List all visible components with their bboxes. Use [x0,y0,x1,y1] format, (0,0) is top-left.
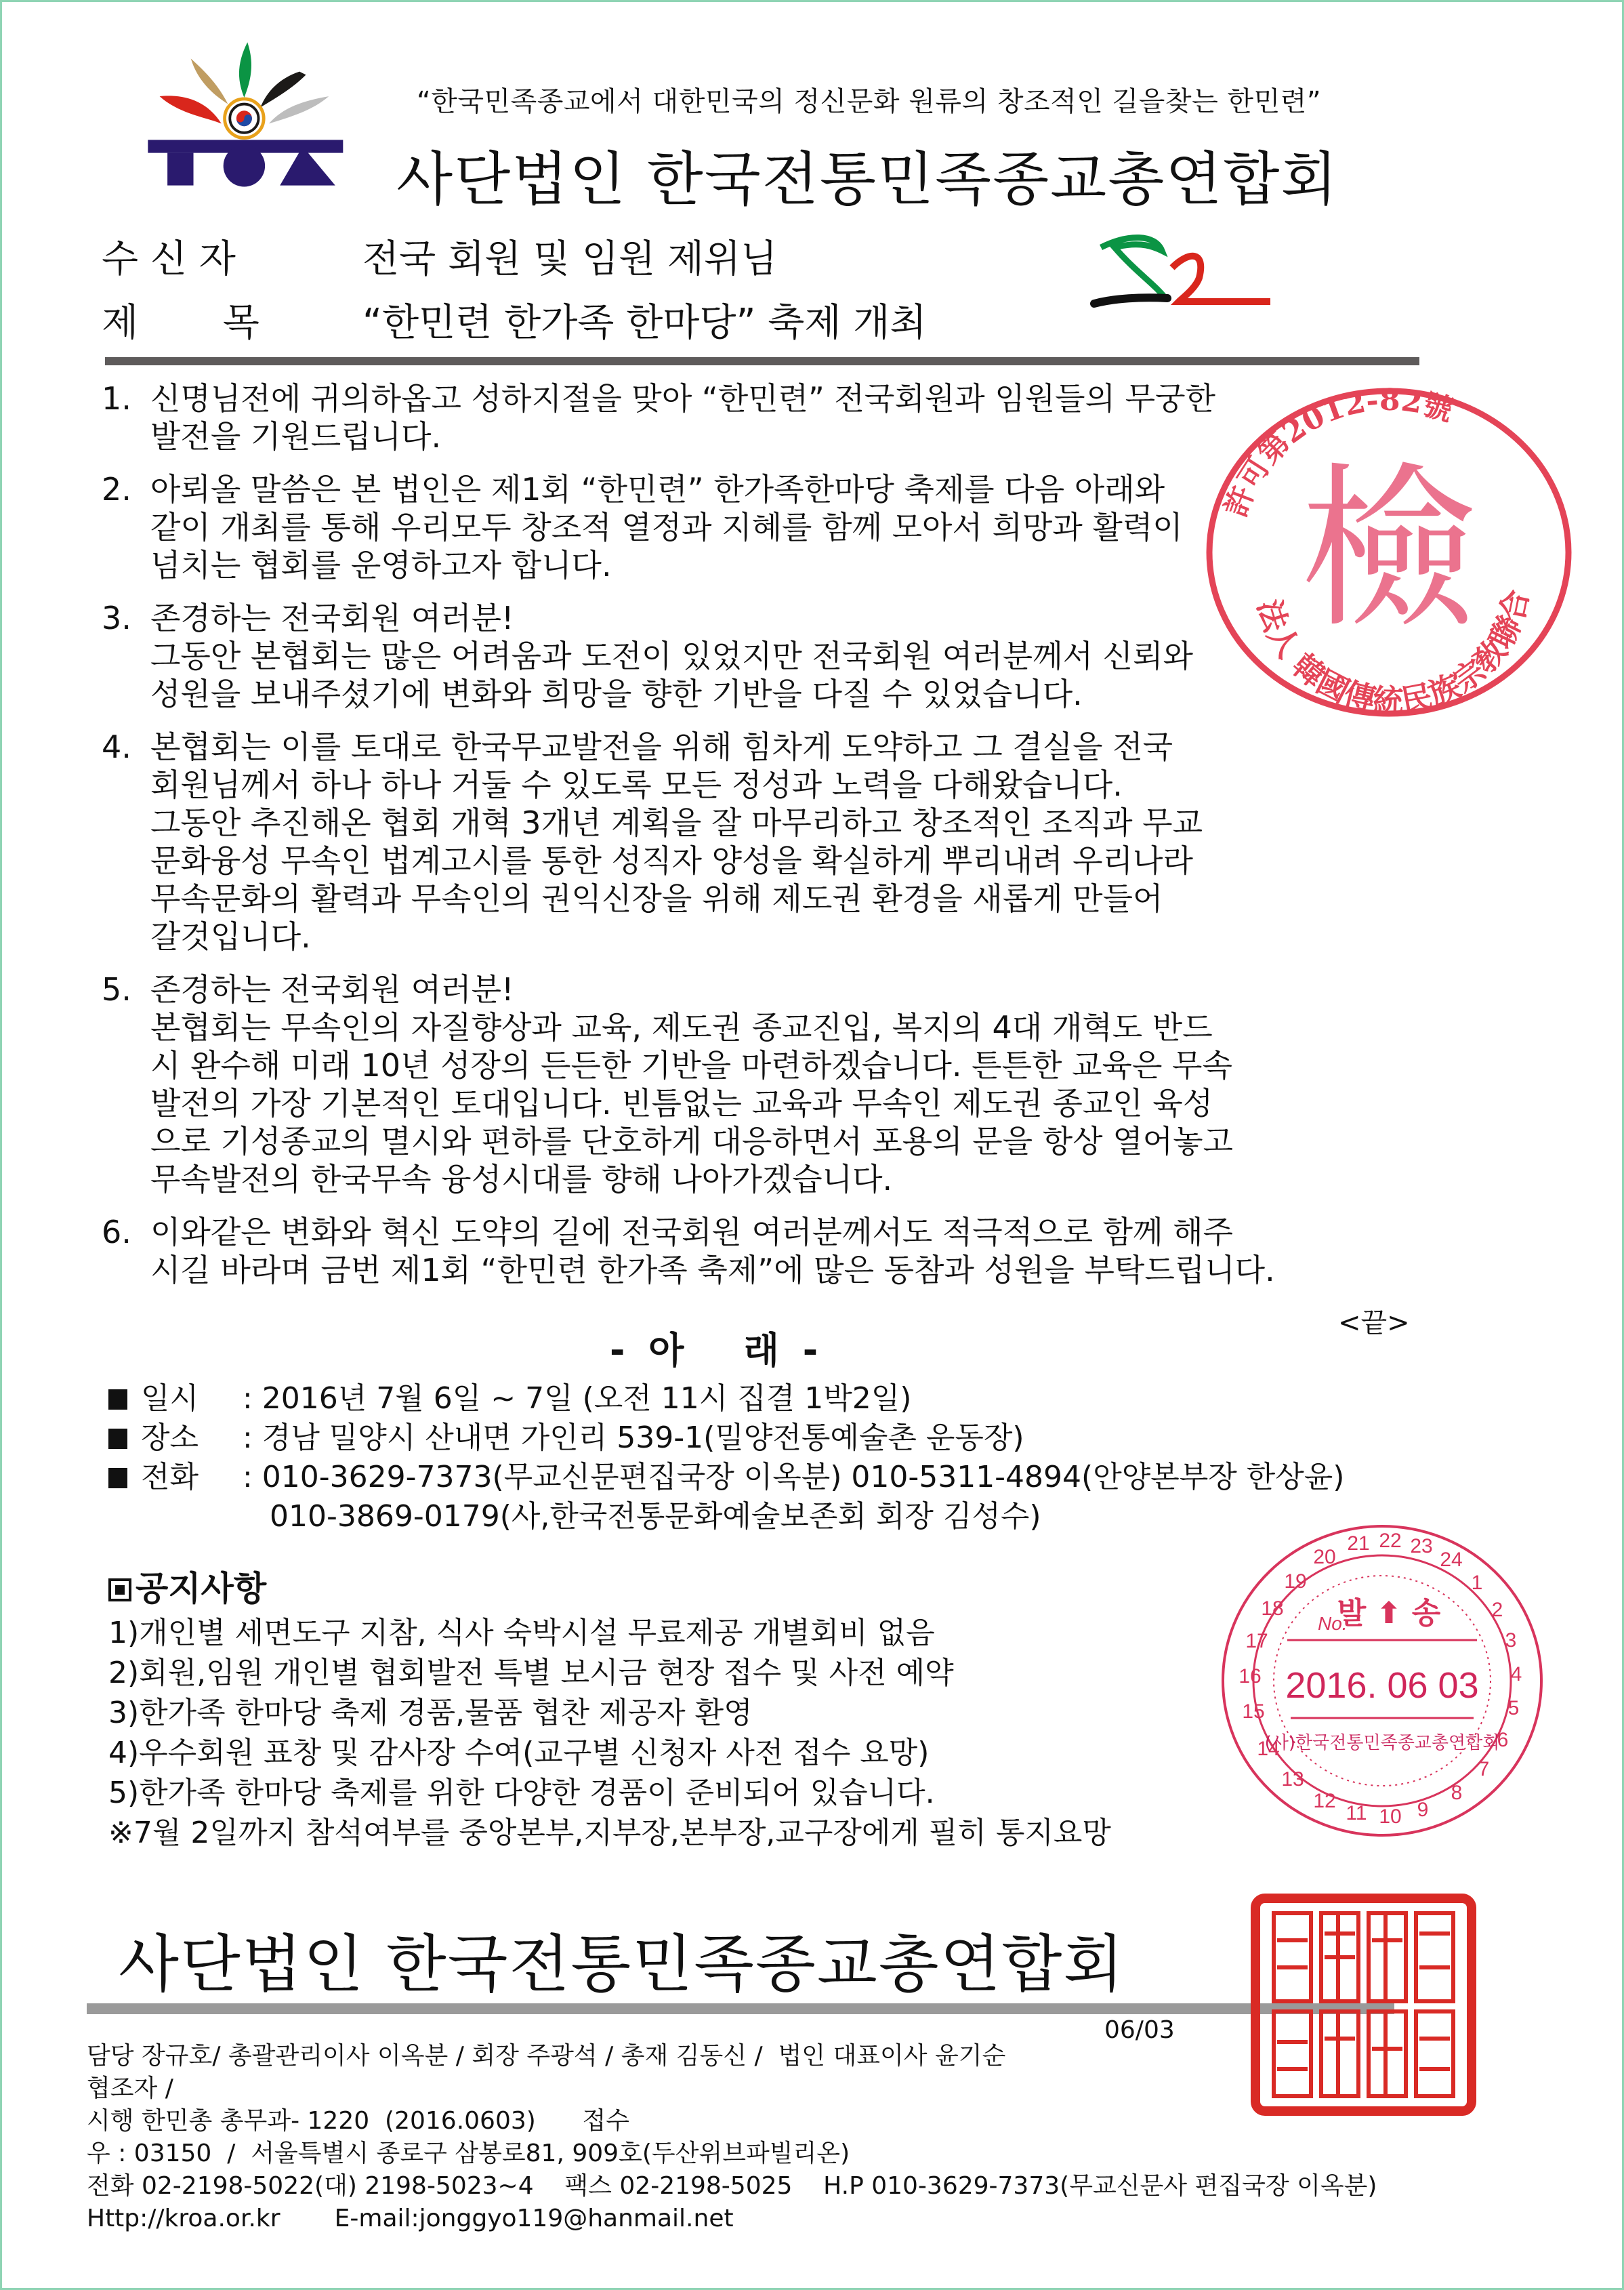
svg-text:檢: 檢 [1301,447,1477,652]
details-heading: - 아 래 - [610,1322,823,1374]
svg-text:9: 9 [1417,1799,1429,1821]
footer-contact: 전화 02-2198-5022(대) 2198-5023~4 팩스 02-219… [87,2170,1377,2203]
official-seal-icon [1250,1893,1477,2117]
header-divider [105,357,1419,365]
svg-text:24: 24 [1440,1549,1462,1571]
svg-text:11: 11 [1346,1802,1367,1824]
svg-text:3: 3 [1505,1629,1517,1652]
recipient-row: 수 신 자전국 회원 및 임원 제위님 [102,229,777,283]
subject-value: “한민련 한가족 한마당” 축제 개최 [362,301,926,345]
org-motto: “한국민족종교에서 대한민국의 정신문화 원류의 창조적인 길을찾는 한민련” [417,80,1321,119]
notice-item: 3)한가족 한마당 축제 경품,물품 협찬 제공자 환영 [108,1693,1111,1733]
svg-text:19: 19 [1284,1570,1306,1593]
footer-info: 담당 장규호/ 총괄관리이사 이옥분 / 회장 주광석 / 총재 김동신 / 법… [87,2040,1377,2235]
notice-item: 4)우수회원 표창 및 감사장 수여(교구별 신청자 사전 접수 요망) [108,1733,1111,1773]
svg-text:16: 16 [1238,1665,1261,1688]
notice-section: 공지사항 1)개인별 세면도구 지참, 식사 숙박시설 무료제공 개별회비 없음… [108,1569,1111,1853]
detail-date: 일시: 2016년 7월 6일 ~ 7일 (오전 11시 집결 1박2일) [108,1379,1344,1418]
recipient-label: 수 신 자 [102,229,362,283]
notice-item: 2)회원,임원 개인별 협회발전 특별 보시금 현장 접수 및 사전 예약 [108,1653,1111,1693]
notice-item: ※7월 2일까지 참석여부를 중앙본부,지부장,본부장,교구장에게 필히 통지요… [108,1813,1111,1853]
subject-label: 제 목 [102,293,362,347]
svg-text:15: 15 [1242,1700,1264,1723]
svg-text:5: 5 [1508,1697,1520,1719]
svg-text:8: 8 [1451,1782,1463,1804]
svg-text:23: 23 [1410,1535,1432,1557]
bullet-square-icon [108,1429,127,1449]
svg-text:18: 18 [1261,1597,1283,1620]
footer-doc-number: 시행 한민총 총무과- 1220 (2016.0603) 접수 [87,2105,1377,2138]
svg-text:7: 7 [1478,1758,1490,1780]
org-title: 사단법인 한국전통민족종교총연합회 [396,132,1339,216]
svg-text:17: 17 [1245,1630,1268,1652]
boxed-square-icon [108,1578,131,1601]
footer-org-title: 사단법인 한국전통민족종교총연합회 [119,1915,1125,2004]
svg-text:2: 2 [1492,1599,1503,1621]
svg-text:(사)한국전통민족종교총연합회: (사)한국전통민족종교총연합회 [1265,1733,1500,1753]
svg-text:21: 21 [1347,1532,1369,1555]
footer-cooperator: 협조자 / [87,2072,1377,2105]
subject-row: 제 목“한민련 한가족 한마당” 축제 개최 [102,293,926,347]
paragraph-4: 4.본협회는 이를 토대로 한국무교발전을 위해 힘차게 도약하고 그 결실을 … [102,728,1430,956]
detail-place: 장소: 경남 밀양시 산내면 가인리 539-1(밀양전통예술촌 운동장) [108,1418,1344,1458]
dispatch-date-stamp-icon: 21222324 1234 5678 9101112 13141516 1718… [1213,1515,1552,1847]
paragraph-5: 5.존경하는 전국회원 여러분! 본협회는 무속인의 자질향상과 교육, 제도권… [102,970,1430,1198]
detail-phone: 전화: 010-3629-7373(무교신문편집국장 이옥분) 010-5311… [108,1458,1344,1497]
svg-text:13: 13 [1281,1768,1304,1791]
detail-phone-extra: 010-3869-0179(사,한국전통문화예술보존회 회장 김성수) [108,1497,1344,1536]
footer-web-email: Http://kroa.or.kr E-mail:jonggyo119@hanm… [87,2203,1377,2235]
recipient-value: 전국 회원 및 임원 제위님 [362,237,777,281]
notice-item: 5)한가족 한마당 축제를 위한 다양한 경품이 준비되어 있습니다. [108,1773,1111,1813]
signature-mark-icon [1087,230,1311,312]
footer-staff: 담당 장규호/ 총괄관리이사 이옥분 / 회장 주광석 / 총재 김동신 / 법… [87,2040,1377,2072]
svg-text:4: 4 [1511,1663,1522,1685]
event-details: 일시: 2016년 7월 6일 ~ 7일 (오전 11시 집결 1박2일) 장소… [108,1379,1344,1536]
end-mark: <끝> [1338,1301,1410,1340]
svg-text:2016. 06 03: 2016. 06 03 [1285,1665,1478,1706]
paragraph-6: 6.이와같은 변화와 혁신 도약의 길에 전국회원 여러분께서도 적극적으로 함… [102,1213,1430,1289]
svg-text:12: 12 [1313,1790,1335,1812]
svg-text:20: 20 [1313,1546,1335,1568]
svg-text:1: 1 [1472,1572,1483,1594]
notice-item: 1)개인별 세면도구 지참, 식사 숙박시설 무료제공 개별회비 없음 [108,1613,1111,1653]
footer-divider [87,2003,1394,2014]
footer-address: 우 : 03150 / 서울특별시 종로구 삼봉로81, 909호(두산위브파빌… [87,2138,1377,2170]
approval-stamp-icon: 檢 許可第2012-82號 法人 韓國傳統民族宗敎聯合會 [1192,380,1585,718]
svg-text:22: 22 [1379,1530,1401,1552]
organization-logo [139,33,362,195]
bullet-square-icon [108,1389,127,1410]
svg-text:발 ⬆ 송: 발 ⬆ 송 [1337,1596,1441,1631]
svg-text:10: 10 [1379,1805,1401,1828]
notice-title: 공지사항 [108,1569,1111,1609]
bullet-square-icon [108,1468,127,1488]
